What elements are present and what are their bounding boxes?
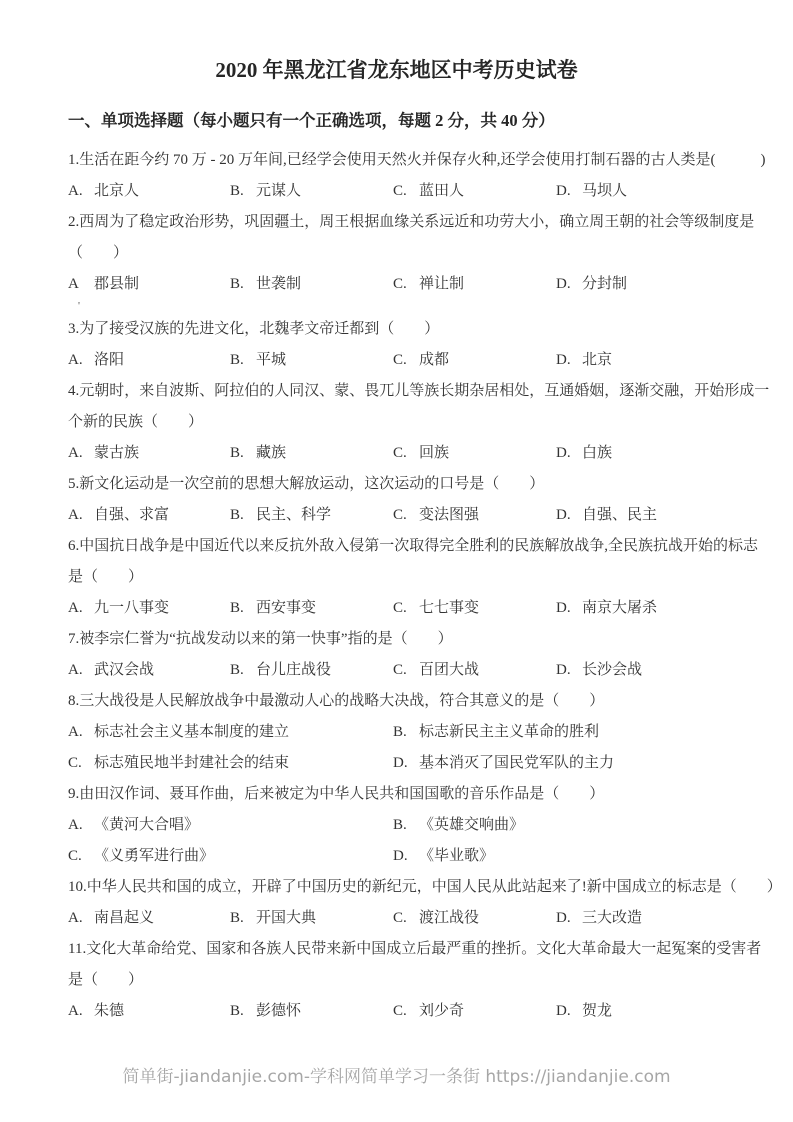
option-text: 标志社会主义基本制度的建立 [94,724,289,740]
option-text: 分封制 [582,276,627,292]
question-6-text-line-1: 6.中国抗日战争是中国近代以来反抗外敌入侵第一次取得完全胜利的民族解放战争,全民… [68,531,725,562]
option-text: 自强、求富 [94,507,169,523]
option-text: 《毕业歌》 [419,848,494,864]
question-3-option-b: B.平城 [230,345,393,376]
option-label: C. [393,176,411,207]
option-text: 《黄河大合唱》 [94,817,199,833]
question-8-options-row: C.标志殖民地半封建社会的结束D.基本消灭了国民党军队的主力 [68,748,725,779]
option-label: B. [230,438,248,469]
option-label: A. [68,717,86,748]
question-4-option-c: C.回族 [393,438,556,469]
question-8-option-b: B.标志新民主主义革命的胜利 [393,717,725,748]
question-7-options-row: A.武汉会战B.台儿庄战役C.百团大战D.长沙会战 [68,655,725,686]
option-label: C. [393,903,411,934]
option-label: A. [68,810,86,841]
option-text: 藏族 [256,445,286,461]
option-text: 成都 [419,352,449,368]
option-text: 元谋人 [256,183,301,199]
question-10-option-d: D.三大改造 [556,903,725,934]
option-label: A. [68,903,86,934]
option-text: 九一八事变 [94,600,169,616]
question-10-options-row: A.南昌起义B.开国大典C.渡江战役D.三大改造 [68,903,725,934]
option-text: 民主、科学 [256,507,331,523]
question-2-options-row: A郡县制B.世袭制C.禅让制D.分封制 [68,269,725,300]
question-7-option-b: B.台儿庄战役 [230,655,393,686]
option-label: D. [556,438,574,469]
question-5-option-a: A.自强、求富 [68,500,230,531]
option-label: C. [68,841,86,872]
option-text: 标志新民主主义革命的胜利 [419,724,599,740]
questions: 1.生活在距今约 70 万 - 20 万年间,已经学会使用天然火并保存火种,还学… [68,145,725,1027]
option-label: C. [393,345,411,376]
question-1-option-b: B.元谋人 [230,176,393,207]
question-1-option-c: C.蓝田人 [393,176,556,207]
question-3-option-c: C.成都 [393,345,556,376]
option-label: A. [68,996,86,1027]
option-text: 世袭制 [256,276,301,292]
option-text: 彭德怀 [256,1003,301,1019]
option-text: 刘少奇 [419,1003,464,1019]
question-11-option-d: D.贺龙 [556,996,725,1027]
question-5-option-c: C.变法图强 [393,500,556,531]
question-3-text-line-1: 3.为了接受汉族的先进文化，北魏孝文帝迁都到（ ） [68,314,725,345]
option-label: B. [230,500,248,531]
question-9-options-row: A.《黄河大合唱》B.《英雄交响曲》 [68,810,725,841]
question-2-option-a: A郡县制 [68,269,230,300]
question-5-option-b: B.民主、科学 [230,500,393,531]
option-text: 洛阳 [94,352,124,368]
question-8-options-row: A.标志社会主义基本制度的建立B.标志新民主主义革命的胜利 [68,717,725,748]
question-2-option-d: D.分封制 [556,269,725,300]
question-6-option-a: A.九一八事变 [68,593,230,624]
question-10-option-b: B.开国大典 [230,903,393,934]
option-text: 基本消灭了国民党军队的主力 [419,755,614,771]
option-label: D. [556,176,574,207]
option-label: D. [556,996,574,1027]
exam-page: 2020 年黑龙江省龙东地区中考历史试卷 一、单项选择题（每小题只有一个正确选项… [0,0,793,1122]
question-1-option-a: A.北京人 [68,176,230,207]
question-6-options-row: A.九一八事变B.西安事变C.七七事变D.南京大屠杀 [68,593,725,624]
question-11-option-a: A.朱德 [68,996,230,1027]
option-text: 马坝人 [582,183,627,199]
option-text: 蓝田人 [419,183,464,199]
option-text: 台儿庄战役 [256,662,331,678]
option-text: 北京 [582,352,612,368]
option-text: 平城 [256,352,286,368]
option-label: C. [393,500,411,531]
option-label: A. [68,500,86,531]
option-label: A. [68,438,86,469]
question-9-text-line-1: 9.由田汉作词、聂耳作曲，后来被定为中华人民共和国国歌的音乐作品是（ ） [68,779,725,810]
option-text: 开国大典 [256,910,316,926]
question-11-option-b: B.彭德怀 [230,996,393,1027]
question-11-option-c: C.刘少奇 [393,996,556,1027]
option-label: D. [556,500,574,531]
question-6-text-line-2: 是（ ） [68,562,725,593]
question-7-text-line-1: 7.被李宗仁誉为“抗战发动以来的第一快事”指的是（ ） [68,624,725,655]
page-content: 2020 年黑龙江省龙东地区中考历史试卷 一、单项选择题（每小题只有一个正确选项… [68,0,725,1027]
option-text: 南昌起义 [94,910,154,926]
option-text: 禅让制 [419,276,464,292]
page-title: 2020 年黑龙江省龙东地区中考历史试卷 [68,55,725,85]
option-label: D. [393,748,411,779]
question-7-option-c: C.百团大战 [393,655,556,686]
option-text: 百团大战 [419,662,479,678]
option-label: B. [230,345,248,376]
option-label: D. [393,841,411,872]
option-text: 武汉会战 [94,662,154,678]
option-label: B. [230,903,248,934]
option-text: 回族 [419,445,449,461]
question-8-text-line-1: 8.三大战役是人民解放战争中最激动人心的战略大决战，符合其意义的是（ ） [68,686,725,717]
question-11-options-row: A.朱德B.彭德怀C.刘少奇D.贺龙 [68,996,725,1027]
option-label: A. [68,593,86,624]
question-4-option-d: D.白族 [556,438,725,469]
option-label: B. [230,996,248,1027]
option-text: 南京大屠杀 [582,600,657,616]
question-3-option-d: D.北京 [556,345,725,376]
option-label: C. [68,748,86,779]
option-label: B. [230,655,248,686]
option-label: C. [393,269,411,300]
question-5-text-line-1: 5.新文化运动是一次空前的思想大解放运动，这次运动的口号是（ ） [68,469,725,500]
question-8-option-c: C.标志殖民地半封建社会的结束 [68,748,393,779]
option-label: A [68,269,86,300]
question-7-option-a: A.武汉会战 [68,655,230,686]
option-text: 标志殖民地半封建社会的结束 [94,755,289,771]
option-text: 《义勇军进行曲》 [94,848,214,864]
option-text: 三大改造 [582,910,642,926]
question-2-text-line-2: （ ） [68,238,725,269]
option-label: A. [68,655,86,686]
question-2-option-c: C.禅让制 [393,269,556,300]
option-text: 西安事变 [256,600,316,616]
question-6-option-c: C.七七事变 [393,593,556,624]
question-10-option-a: A.南昌起义 [68,903,230,934]
option-text: 自强、民主 [582,507,657,523]
question-8-option-a: A.标志社会主义基本制度的建立 [68,717,393,748]
option-text: 七七事变 [419,600,479,616]
option-label: B. [230,269,248,300]
question-1-options-row: A.北京人B.元谋人C.蓝田人D.马坝人 [68,176,725,207]
option-text: 渡江战役 [419,910,479,926]
option-label: A. [68,176,86,207]
option-label: B. [230,176,248,207]
section-header: 一、单项选择题（每小题只有一个正确选项，每题 2 分，共 40 分） [68,109,725,133]
option-text: 变法图强 [419,507,479,523]
option-label: C. [393,655,411,686]
question-9-option-a: A.《黄河大合唱》 [68,810,393,841]
question-4-option-a: A.蒙古族 [68,438,230,469]
question-5-option-d: D.自强、民主 [556,500,725,531]
question-9-options-row: C.《义勇军进行曲》D.《毕业歌》 [68,841,725,872]
question-9-option-d: D.《毕业歌》 [393,841,725,872]
question-10-text-line-1: 10.中华人民共和国的成立，开辟了中国历史的新纪元，中国人民从此站起来了!新中国… [68,872,725,903]
question-8-option-d: D.基本消灭了国民党军队的主力 [393,748,725,779]
option-text: 白族 [582,445,612,461]
question-3-options-row: A.洛阳B.平城C.成都D.北京 [68,345,725,376]
question-3-option-a: A.洛阳 [68,345,230,376]
option-label: B. [393,717,411,748]
option-label: C. [393,593,411,624]
option-label: B. [393,810,411,841]
question-10-option-c: C.渡江战役 [393,903,556,934]
footer-watermark: 简单街-jiandanjie.com-学科网简单学习一条街 https://ji… [0,1062,793,1087]
option-text: 北京人 [94,183,139,199]
option-text: 长沙会战 [582,662,642,678]
question-9-option-c: C.《义勇军进行曲》 [68,841,393,872]
question-4-text-line-2: 个新的民族（ ） [68,407,725,438]
question-11-text-line-1: 11.文化大革命给党、国家和各族人民带来新中国成立后最严重的挫折。文化大革命最大… [68,934,725,965]
option-label: B. [230,593,248,624]
question-1-text-line-1: 1.生活在距今约 70 万 - 20 万年间,已经学会使用天然火并保存火种,还学… [68,145,725,176]
question-5-options-row: A.自强、求富B.民主、科学C.变法图强D.自强、民主 [68,500,725,531]
option-label: A. [68,345,86,376]
question-2-option-b: B.世袭制 [230,269,393,300]
option-label: D. [556,345,574,376]
option-label: D. [556,655,574,686]
option-label: D. [556,269,574,300]
question-6-option-b: B.西安事变 [230,593,393,624]
option-text: 郡县制 [94,276,139,292]
question-9-option-b: B.《英雄交响曲》 [393,810,725,841]
option-label: D. [556,903,574,934]
question-2-text-line-1: 2.西周为了稳定政治形势，巩固疆土，周王根据血缘关系远近和功劳大小，确立周王朝的… [68,207,725,238]
question-4-options-row: A.蒙古族B.藏族C.回族D.白族 [68,438,725,469]
question-1-option-d: D.马坝人 [556,176,725,207]
option-text: 朱德 [94,1003,124,1019]
stray-mark: ' [68,300,725,314]
question-11-text-line-2: 是（ ） [68,965,725,996]
option-label: C. [393,996,411,1027]
question-6-option-d: D.南京大屠杀 [556,593,725,624]
option-label: D. [556,593,574,624]
question-4-text-line-1: 4.元朝时，来自波斯、阿拉伯的人同汉、蒙、畏兀儿等族长期杂居相处，互通婚姻，逐渐… [68,376,725,407]
question-4-option-b: B.藏族 [230,438,393,469]
option-text: 蒙古族 [94,445,139,461]
option-text: 贺龙 [582,1003,612,1019]
option-label: C. [393,438,411,469]
option-text: 《英雄交响曲》 [419,817,524,833]
question-7-option-d: D.长沙会战 [556,655,725,686]
